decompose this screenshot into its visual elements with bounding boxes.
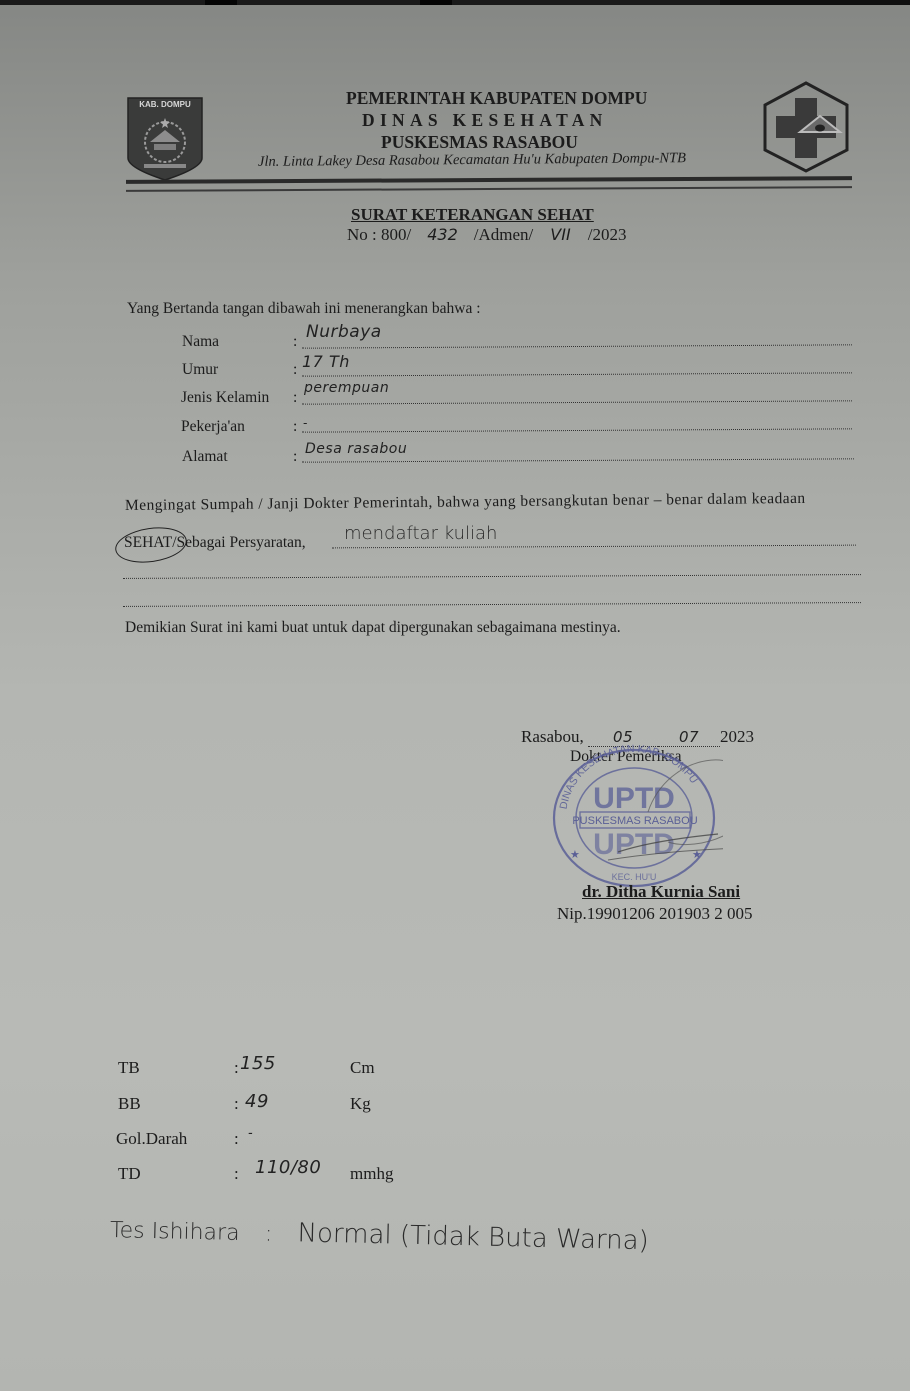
field-line-jenis-kelamin — [302, 400, 852, 404]
header-address: Jln. Linta Lakey Desa Rasabou Kecamatan … — [258, 150, 686, 171]
field-label-alamat: Alamat — [182, 448, 228, 466]
vital-label-td: TD — [118, 1164, 141, 1184]
official-stamp-icon: DINAS KESEHATAN KAB. DOMPU UPTD PUSKESMA… — [548, 742, 723, 890]
colon: : — [293, 333, 297, 351]
ishihara-test-note: Tes Ishihara : Normal (Tidak Buta Warna) — [110, 1214, 649, 1256]
vital-label-tb: TB — [118, 1058, 140, 1078]
requirement-value: mendaftar kuliah — [344, 523, 497, 544]
date-year: 2023 — [720, 727, 754, 746]
statement-health-line: SEHAT/Sebagai Persyaratan, — [124, 534, 306, 552]
doctor-nip: Nip.19901206 201903 2 005 — [557, 904, 753, 924]
ishihara-label: Tes Ishihara — [110, 1218, 240, 1246]
field-line-alamat — [302, 458, 854, 462]
requirement-label: /Sebagai Persyaratan, — [172, 534, 305, 551]
number-prefix: No : 800/ — [347, 225, 411, 244]
vital-unit-bb: Kg — [350, 1094, 371, 1114]
vital-value-td: 110/80 — [255, 1157, 321, 1178]
colon: : — [293, 361, 297, 379]
field-value-nama: Nurbaya — [306, 322, 382, 342]
colon: : — [234, 1058, 239, 1078]
field-value-umur: 17 Th — [302, 352, 350, 371]
header-rule-thin — [126, 186, 852, 192]
month-handwritten: VII — [537, 225, 583, 244]
vital-value-gol-darah: - — [248, 1126, 253, 1141]
field-value-jenis-kelamin: perempuan — [304, 380, 389, 396]
svg-text:★: ★ — [570, 849, 580, 861]
field-label-pekerjaan: Pekerja'an — [181, 418, 245, 436]
field-line-nama — [302, 344, 852, 348]
colon: : — [234, 1129, 239, 1149]
vital-unit-tb: Cm — [350, 1058, 375, 1078]
field-line-umur — [302, 372, 852, 376]
statement-paragraph: Mengingat Sumpah / Janji Dokter Pemerint… — [125, 490, 806, 515]
number-suffix: /2023 — [588, 225, 627, 244]
vital-value-tb: 155 — [240, 1053, 276, 1074]
vital-value-bb: 49 — [245, 1091, 269, 1112]
vital-label-gol-darah: Gol.Darah — [116, 1129, 187, 1149]
colon: : — [293, 448, 297, 466]
header-rule-thick — [126, 176, 852, 184]
field-label-nama: Nama — [182, 333, 219, 351]
requirement-line — [332, 545, 856, 549]
svg-text:KEC. HU'U: KEC. HU'U — [612, 872, 657, 882]
svg-text:KAB. DOMPU: KAB. DOMPU — [139, 100, 191, 109]
vital-label-bb: BB — [118, 1094, 141, 1114]
dompu-regency-emblem-icon: KAB. DOMPU — [126, 96, 204, 182]
header-puskesmas: PUSKESMAS RASABOU — [381, 132, 578, 153]
field-value-alamat: Desa rasabou — [305, 441, 407, 457]
doctor-name: dr. Ditha Kurnia Sani — [582, 882, 740, 902]
intro-text: Yang Bertanda tangan dibawah ini meneran… — [127, 300, 481, 318]
header-government: PEMERINTAH KABUPATEN DOMPU — [346, 88, 647, 109]
svg-text:UPTD: UPTD — [593, 782, 675, 815]
field-value-pekerjaan: - — [303, 416, 308, 430]
ishihara-result: Normal (Tidak Buta Warna) — [297, 1218, 649, 1256]
blank-line-2 — [123, 602, 861, 607]
circled-word-sehat: SEHAT — [124, 534, 172, 551]
vital-unit-td: mmhg — [350, 1164, 393, 1184]
document-number: No : 800/ 432 /Admen/ VII /2023 — [347, 225, 626, 245]
document-title: SURAT KETERANGAN SEHAT — [351, 205, 594, 225]
ishihara-separator: : — [246, 1221, 291, 1247]
number-mid: /Admen/ — [474, 225, 534, 244]
number-handwritten: 432 — [415, 225, 469, 244]
camera-top-edge — [0, 0, 910, 5]
colon: : — [234, 1164, 239, 1184]
field-label-umur: Umur — [182, 361, 218, 379]
field-label-jenis-kelamin: Jenis Kelamin — [181, 389, 269, 407]
colon: : — [293, 418, 297, 436]
colon: : — [234, 1094, 239, 1114]
header-department: DINAS KESEHATAN — [362, 110, 608, 131]
closing-text: Demikian Surat ini kami buat untuk dapat… — [125, 619, 621, 637]
blank-line-1 — [123, 574, 861, 579]
colon: : — [293, 389, 297, 407]
field-line-pekerjaan — [302, 428, 852, 432]
ministry-of-health-cross-icon — [760, 80, 852, 174]
svg-text:PUSKESMAS RASABOU: PUSKESMAS RASABOU — [572, 815, 697, 827]
